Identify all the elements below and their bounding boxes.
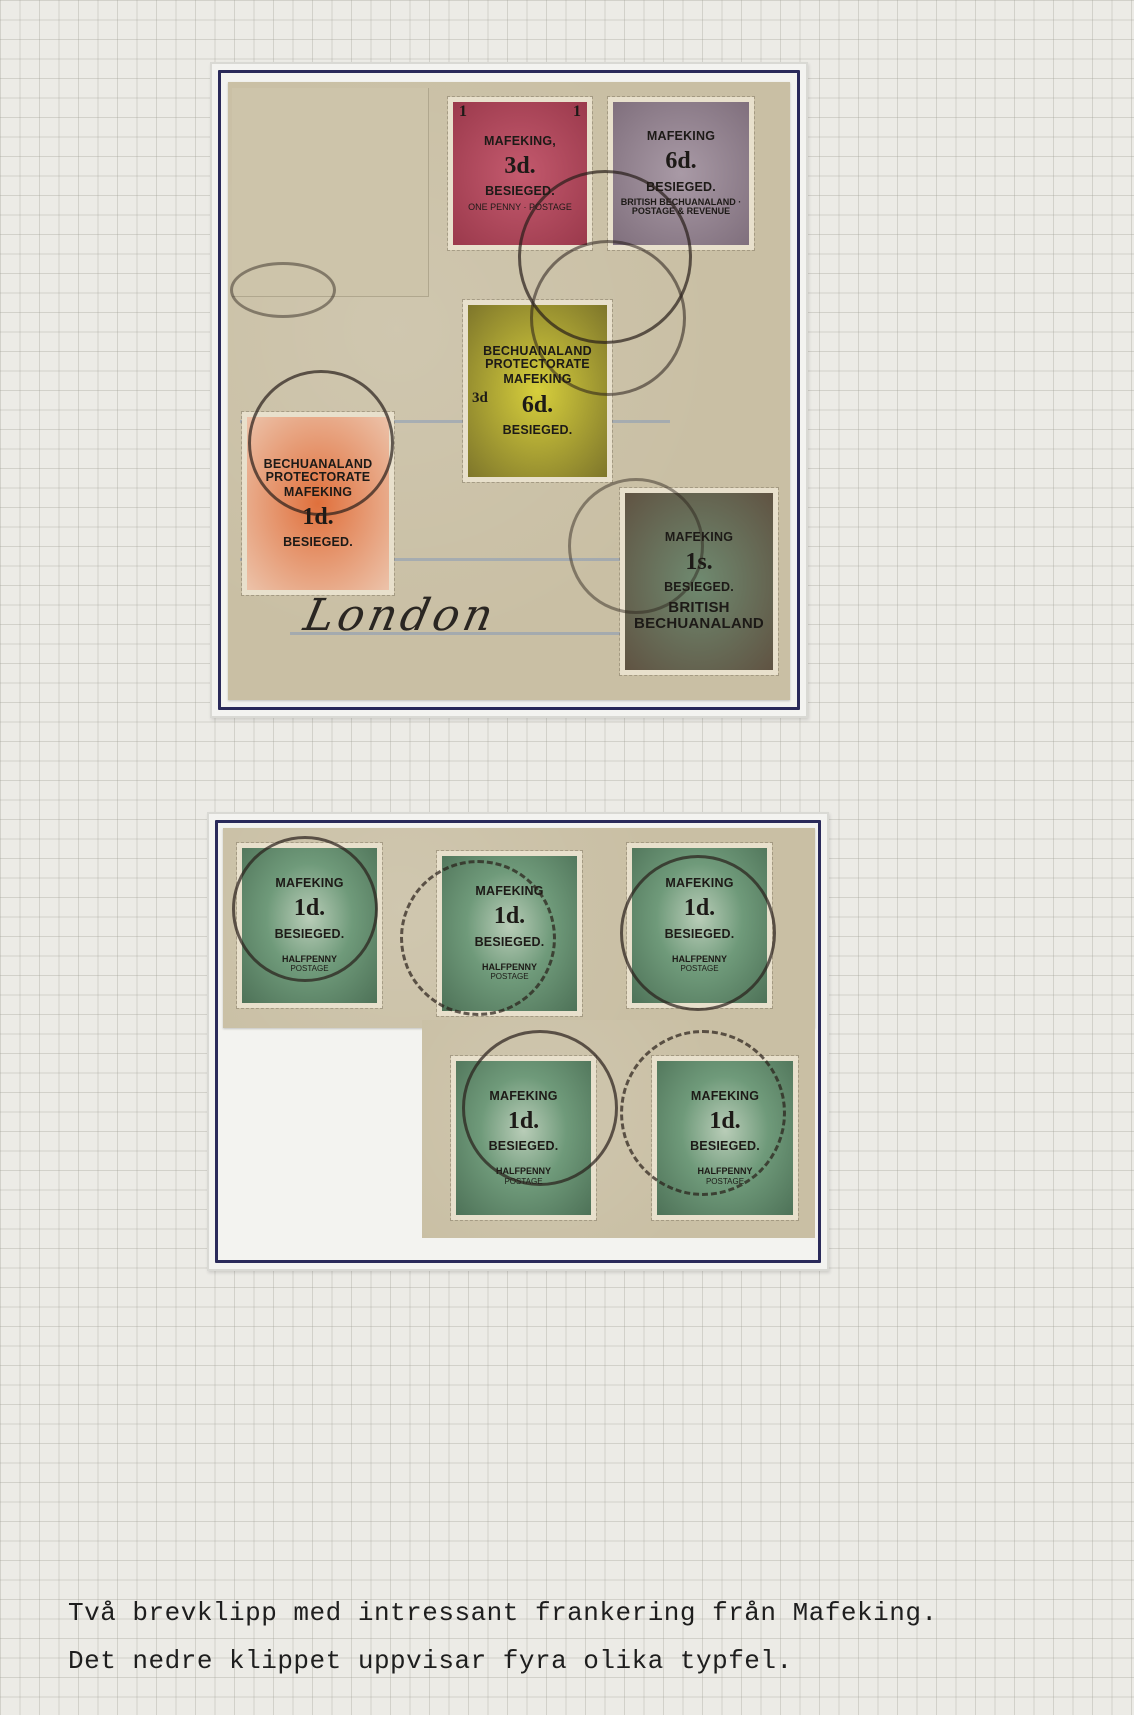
overprint-value: 1d. (302, 505, 333, 530)
overprint-line: MAFEKING (503, 373, 571, 386)
overprint-line: MAFEKING (691, 1090, 759, 1103)
stamp-subfooter: POSTAGE (504, 1178, 542, 1186)
overprint-line: BESIEGED. (665, 928, 735, 941)
overprint-line: BESIEGED. (646, 181, 716, 194)
overprint-line: BESIEGED. (664, 581, 734, 594)
stamp-cape-halfpenny-1d: MAFEKING 1d. BESIEGED. HALFPENNY POSTAGE (437, 851, 582, 1016)
stamp-footer: HALFPENNY (697, 1167, 752, 1176)
overprint-line: MAFEKING (489, 1090, 557, 1103)
overprint-line: MAFEKING (475, 885, 543, 898)
stamp-corner-value: 3d (472, 391, 488, 407)
overprint-line: BESIEGED. (485, 185, 555, 198)
stamp-cape-halfpenny-1d: MAFEKING 1d. BESIEGED. HALFPENNY POSTAGE (627, 843, 772, 1008)
overprint-line: MAFEKING, (484, 135, 556, 148)
stamp-footer: HALFPENNY (496, 1167, 551, 1176)
stamp-footer: BRITISH BECHUANALAND · POSTAGE & REVENUE (613, 198, 749, 217)
stamp-footer: HALFPENNY (672, 955, 727, 964)
overprint-value: 1d. (508, 1109, 539, 1134)
caption-line-2: Det nedre klippet uppvisar fyra olika ty… (68, 1646, 793, 1676)
overprint-line: BECHUANALAND (264, 458, 373, 471)
overprint-value: 6d. (665, 149, 696, 174)
overprint-line: PROTECTORATE (485, 358, 590, 371)
overprint-line: MAFEKING (647, 130, 715, 143)
overprint-value: 1s. (685, 550, 712, 575)
overprint-line: BESIEGED. (283, 536, 353, 549)
overprint-line: MAFEKING (284, 486, 352, 499)
blue-ruled-line (290, 632, 620, 635)
overprint-line: BESIEGED. (690, 1140, 760, 1153)
overprint-value: 1d. (709, 1109, 740, 1134)
stamp-footer: ONE PENNY · POSTAGE (468, 203, 572, 212)
overprint-value: 6d. (522, 393, 553, 418)
stamp-protectorate-6d-overprint: 3d BECHUANALAND PROTECTORATE MAFEKING 6d… (463, 300, 612, 482)
stamp-bechuanaland-6d-overprint: MAFEKING 6d. BESIEGED. BRITISH BECHUANAL… (608, 97, 754, 250)
stamp-cape-halfpenny-1d: MAFEKING 1d. BESIEGED. HALFPENNY POSTAGE (451, 1056, 596, 1220)
overprint-value: 3d. (504, 154, 535, 179)
overprint-line: BESIEGED. (489, 1140, 559, 1153)
stamp-subfooter: POSTAGE (706, 1178, 744, 1186)
overprint-line: BRITISH (668, 600, 729, 616)
stamp-corner-value: 1 (573, 104, 581, 121)
stamp-corner-value: 1 (459, 104, 467, 121)
stamp-protectorate-1d-overprint: BECHUANALAND PROTECTORATE MAFEKING 1d. B… (242, 412, 394, 595)
overprint-line: BESIEGED. (503, 424, 573, 437)
overprint-line: MAFEKING (275, 877, 343, 890)
overprint-line: BESIEGED. (475, 936, 545, 949)
overprint-line: MAFEKING (665, 877, 733, 890)
stamp-cape-halfpenny-1d: MAFEKING 1d. BESIEGED. HALFPENNY POSTAGE (652, 1056, 798, 1220)
overprint-value: 1d. (494, 904, 525, 929)
overprint-line: BECHUANALAND (634, 616, 764, 632)
stamp-cape-3d-overprint: 1 1 MAFEKING, 3d. BESIEGED. ONE PENNY · … (448, 97, 592, 250)
stamp-footer: HALFPENNY (282, 955, 337, 964)
stamp-bechuanaland-1s-overprint: MAFEKING 1s. BESIEGED. BRITISH BECHUANAL… (620, 488, 778, 675)
overprint-line: PROTECTORATE (266, 471, 371, 484)
overprint-value: 1d. (294, 896, 325, 921)
stamp-cape-halfpenny-1d: MAFEKING 1d. BESIEGED. HALFPENNY POSTAGE (237, 843, 382, 1008)
overprint-line: BESIEGED. (275, 928, 345, 941)
overprint-line: MAFEKING (665, 531, 733, 544)
stamp-subfooter: POSTAGE (680, 965, 718, 973)
overprint-value: 1d. (684, 896, 715, 921)
stamp-subfooter: POSTAGE (490, 973, 528, 981)
caption-line-1: Två brevklipp med intressant frankering … (68, 1598, 938, 1628)
stamp-footer: HALFPENNY (482, 963, 537, 972)
stamp-subfooter: POSTAGE (290, 965, 328, 973)
paper-flap (232, 88, 429, 297)
